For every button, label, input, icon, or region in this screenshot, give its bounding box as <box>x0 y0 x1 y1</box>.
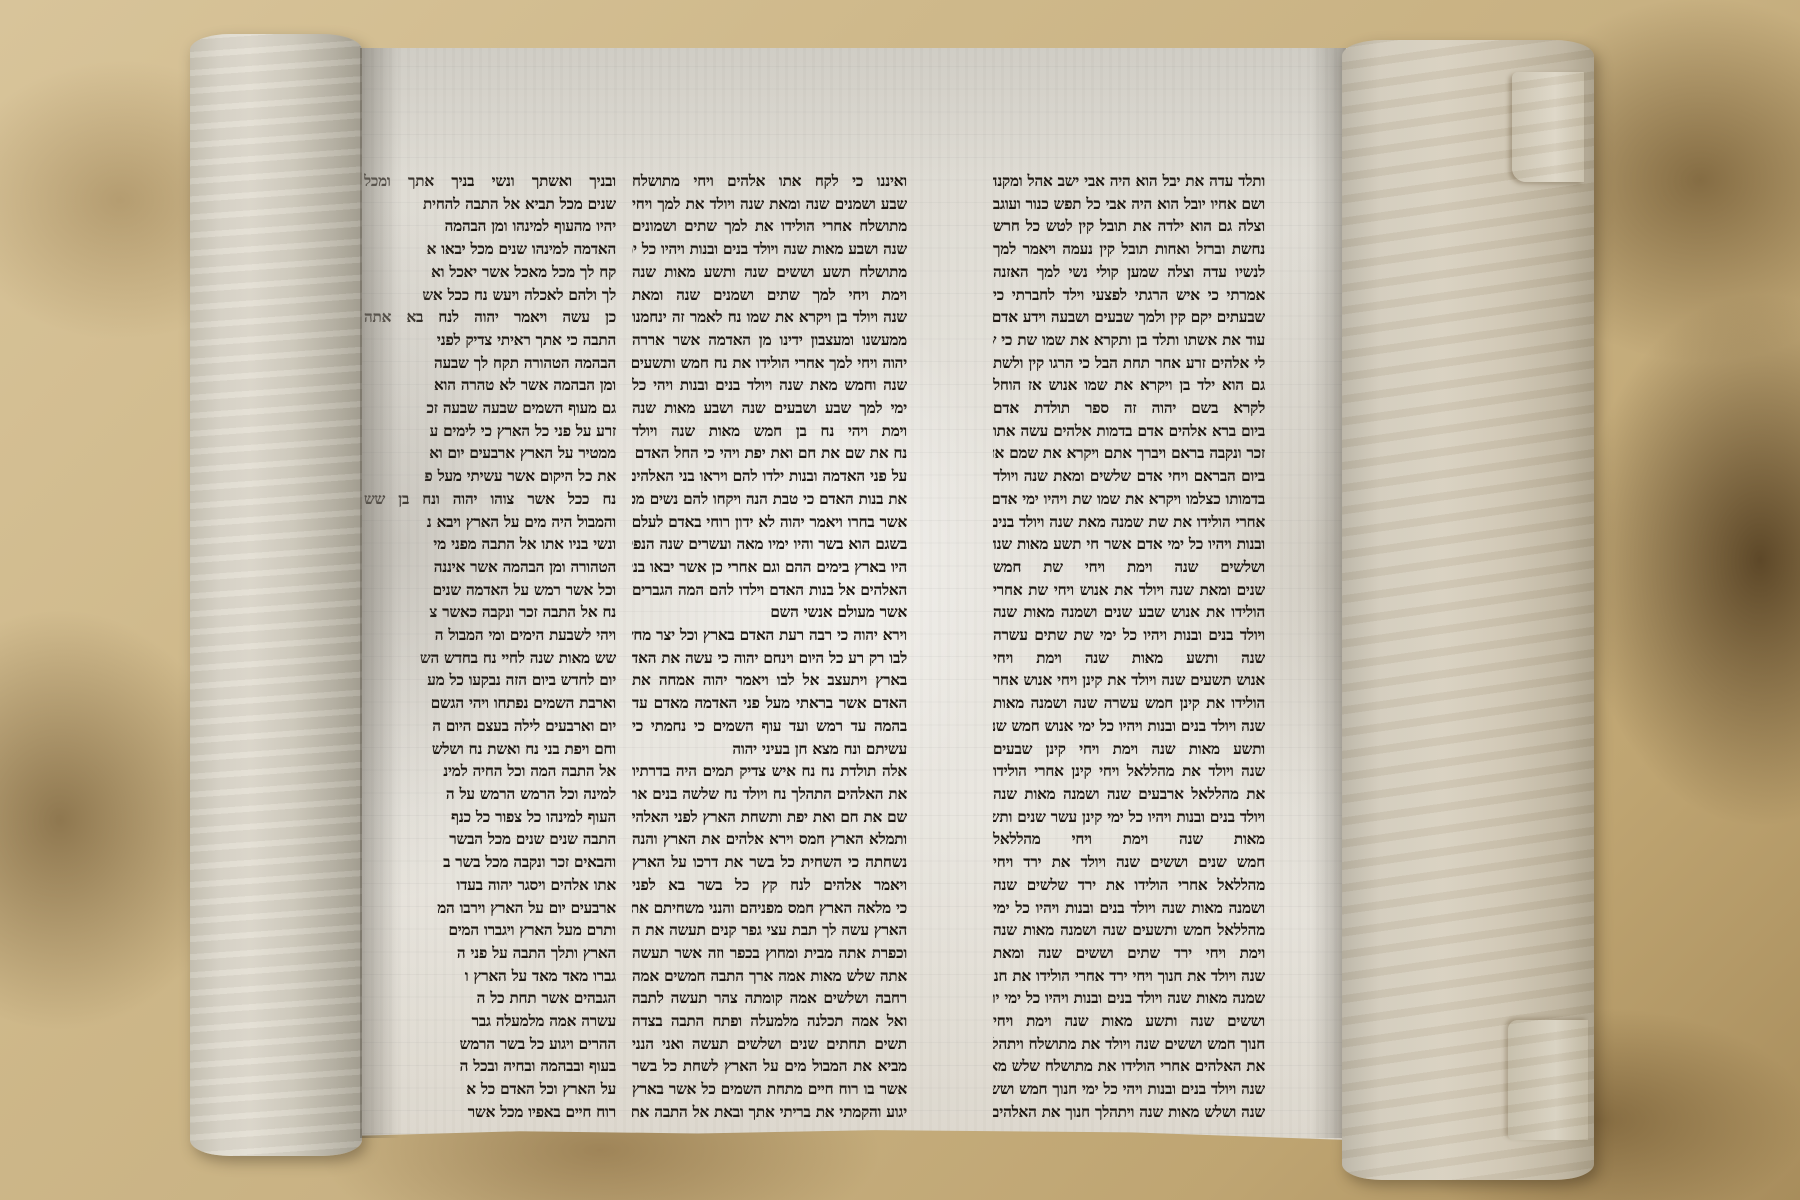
scroll-text-line: נשחתה כי השחית כל בשר את דרכו על הארץ <box>632 851 907 874</box>
scroll-text-line: לך ולהם לאכלה ויעש נח ככל אש <box>364 284 616 307</box>
scroll-text-line: התבה כי אתך ראיתי צדיק לפני <box>364 329 616 352</box>
scroll-text-line: את האלהים אחרי הולידו את מתושלח שלש מאות <box>993 1055 1265 1078</box>
scroll-text-line: גם הוא ילד בן ויקרא את שמו אנוש אז הוחל <box>993 374 1265 397</box>
scroll-text-line: שנים מכל תביא אל התבה להחית <box>364 193 616 216</box>
scroll-text-line: שנה ותשע מאות שנה וימת ויחי <box>993 647 1265 670</box>
scroll-text-line: על פני האדמה ובנות ילדו להם ויראו בני הא… <box>632 465 907 488</box>
scroll-text-line: היו בארץ בימים ההם וגם אחרי כן אשר יבאו … <box>632 556 907 579</box>
scroll-text-line: שש מאות שנה לחיי נח בחדש הש <box>364 647 616 670</box>
scroll-text-line: נח את שם את חם ואת יפת ויהי כי החל האדם … <box>632 442 907 465</box>
scroll-text-line: התבה שנים שנים מכל הבשר <box>364 828 616 851</box>
scroll-text-line: על הארץ וכל האדם כל א <box>364 1078 616 1101</box>
torn-parchment-flap-bottom <box>1508 1020 1588 1140</box>
scroll-text-line: והמבול היה מים על הארץ ויבא נ <box>364 511 616 534</box>
scroll-text-line: הטהורה ומן הבהמה אשר איננה <box>364 556 616 579</box>
scroll-text-line: הארץ ותלך התבה על פני ה <box>364 942 616 965</box>
scroll-text-line: אלה תולדת נח נח איש צדיק תמים היה בדרתיו <box>632 760 907 783</box>
scroll-text-line: ושלשים שנה וימת ויחי שת חמש <box>993 556 1265 579</box>
scroll-text-line: אמרתי כי איש הרגתי לפצעי וילד לחברתי כי <box>993 284 1265 307</box>
scroll-text-line: מהללאל חמש ותשעים שנה ושמנה מאות שנה <box>993 919 1265 942</box>
scroll-text-line: שנה ויולד בנים ובנות ויהיו כל ימי אנוש ח… <box>993 715 1265 738</box>
scroll-text-line: הגבהים אשר תחת כל ה <box>364 987 616 1010</box>
scroll-text-line: וארבת השמים נפתחו ויהי הגשם <box>364 692 616 715</box>
scroll-text-line: זרע על פני כל הארץ כי לימים ע <box>364 420 616 443</box>
scroll-text-line: ויולד בנים ובנות ויהיו כל ימי שת שתים עש… <box>993 624 1265 647</box>
scroll-text-line: אתה שלש מאות אמה ארך התבה חמשים אמה <box>632 965 907 988</box>
scroll-text-line: האדמה למינהו שנים מכל יבאו א <box>364 238 616 261</box>
scroll-text-line: ההרים ויגוע כל בשר הרמש <box>364 1033 616 1056</box>
scroll-text-line: את האלהים התהלך נח ויולד נח שלשה בנים את <box>632 783 907 806</box>
torah-scroll-scene: ותלד עדה את יבל הוא היה אבי ישב אהל ומקנ… <box>0 0 1800 1200</box>
scroll-text-line: לי אלהים זרע אחר תחת הבל כי הרגו קין ולש… <box>993 352 1265 375</box>
scroll-text-line: וימת ויהי נח בן חמש מאות שנה ויולד <box>632 420 907 443</box>
right-scroll-roller <box>1342 40 1594 1180</box>
scroll-text-line: גברו מאד מאד על הארץ ו <box>364 965 616 988</box>
text-column-left: ובניך ואשתך ונשי בניך אתך ומכלשנים מכל ת… <box>364 170 616 1124</box>
scroll-text-line: רחבה ושלשים אמה קומתה צהר תעשה לתבה <box>632 987 907 1010</box>
scroll-text-line: ותרם מעל הארץ ויגברו המים <box>364 919 616 942</box>
scroll-text-line: אנוש תשעים שנה ויולד את קינן ויחי אנוש א… <box>993 669 1265 692</box>
scroll-text-line: חנוך חמש וששים שנה ויולד את מתושלח ויתהל… <box>993 1033 1265 1056</box>
scroll-text-line: יום וארבעים לילה בעצם היום ה <box>364 715 616 738</box>
scroll-text-line: ממעשנו ומעצבון ידינו מן האדמה אשר אררה <box>632 329 907 352</box>
scroll-text-line: ותשע מאות שנה וימת ויחי קינן שבעים <box>993 738 1265 761</box>
scroll-text-line: הבהמה הטהורה תקח לך שבעה <box>364 352 616 375</box>
scroll-text-line: ואל אמה תכלנה מלמעלה ופתח התבה בצדה <box>632 1010 907 1033</box>
scroll-text-line: אתו אלהים ויסגר יהוה בעדו <box>364 874 616 897</box>
scroll-text-line: והבאים זכר ונקבה מכל בשר ב <box>364 851 616 874</box>
torn-parchment-flap <box>1512 72 1584 182</box>
scroll-text-line: וששים שנה ותשע מאות שנה וימת ויחי <box>993 1010 1265 1033</box>
scroll-text-line: אשר בו רוח חיים מתחת השמים כל אשר בארץ <box>632 1078 907 1101</box>
scroll-text-line: מביא את המבול מים על הארץ לשחת כל בשר <box>632 1055 907 1078</box>
scroll-text-line: העוף למינהו כל צפור כל כנף <box>364 806 616 829</box>
scroll-text-line: וחם ויפת בני נח ואשת נח ושלש <box>364 738 616 761</box>
text-column-middle: ואיננו כי לקח אתו אלהים ויחי מתושלחשבע ו… <box>632 170 907 1124</box>
scroll-text-line: אשר מעולם אנשי השם <box>632 601 907 624</box>
scroll-text-line: בדמותו כצלמו ויקרא את שמו שת ויהיו ימי א… <box>993 488 1265 511</box>
scroll-text-line: בהמה עד רמש ועד עוף השמים כי נחמתי כי <box>632 715 907 738</box>
scroll-text-line: האלהים אל בנות האדם וילדו להם המה הגברים <box>632 579 907 602</box>
scroll-text-line: וכפרת אתה מבית ומחוץ בכפר וזה אשר תעשה <box>632 942 907 965</box>
scroll-text-line: ויהי לשבעת הימים ומי המבול ה <box>364 624 616 647</box>
scroll-text-line: שמנה מאות שנה ויולד בנים ובנות ויהיו כל … <box>993 987 1265 1010</box>
scroll-text-line: רוח חיים באפיו מכל אשר <box>364 1101 616 1124</box>
scroll-text-line: ונשי בניו אתו אל התבה מפני מי <box>364 533 616 556</box>
scroll-text-line: את כל היקום אשר עשיתי מעל פ <box>364 465 616 488</box>
scroll-text-line: עשיתם ונח מצא חן בעיני יהוה <box>632 738 907 761</box>
scroll-text-line: ותמלא הארץ חמס וירא אלהים את הארץ והנה <box>632 828 907 851</box>
scroll-text-line: גם מעוף השמים שבעה שבעה זכ <box>364 397 616 420</box>
scroll-text-line: ושם אחיו יובל הוא היה אבי כל תפש כנור וע… <box>993 193 1265 216</box>
scroll-text-line: מאות שנה וימת ויחי מהללאל <box>993 828 1265 851</box>
scroll-text-line: שנים ומאת שנה ויולד את אנוש ויחי שת אחרי <box>993 579 1265 602</box>
scroll-text-line: ממטיר על הארץ ארבעים יום וא <box>364 442 616 465</box>
scroll-text-line: ביום הבראם ויחי אדם שלשים ומאת שנה ויולד <box>993 465 1265 488</box>
scroll-text-line: עשרה אמה מלמעלה גבר <box>364 1010 616 1033</box>
scroll-text-line: בארץ ויתעצב אל לבו ויאמר יהוה אמחה את <box>632 669 907 692</box>
scroll-text-line: נחשת וברזל ואחות תובל קין נעמה ויאמר למך <box>993 238 1265 261</box>
scroll-text-line: הולידו את אנוש שבע שנים ושמנה מאות שנה <box>993 601 1265 624</box>
scroll-text-line: נח ככל אשר צוהו יהוה ונח בן שש <box>364 488 616 511</box>
scroll-text-line: כן עשה ויאמר יהוה לנח בא אתה <box>364 306 616 329</box>
scroll-text-line: שבע ושמנים שנה ומאת שנה ויולד את למך ויח… <box>632 193 907 216</box>
scroll-text-line: זכר ונקבה בראם ויברך אתם ויקרא את שמם אד… <box>993 442 1265 465</box>
scroll-text-line: שנה וחמש מאת שנה ויולד בנים ובנות ויהי כ… <box>632 374 907 397</box>
scroll-text-line: חמש שנים וששים שנה ויולד את ירד ויחי <box>993 851 1265 874</box>
scroll-text-line: מהללאל אחרי הולידו את ירד שלשים שנה <box>993 874 1265 897</box>
scroll-text-line: יהוה ויחי למך אחרי הולידו את נח חמש ותשע… <box>632 352 907 375</box>
scroll-text-line: וימת ויחי ירד שתים וששים שנה ומאת <box>993 942 1265 965</box>
scroll-text-line: את בנות האדם כי טבת הנה ויקחו להם נשים מ… <box>632 488 907 511</box>
scroll-text-line: בשגם הוא בשר והיו ימיו מאה ועשרים שנה הנ… <box>632 533 907 556</box>
scroll-text-line: את מהללאל ארבעים שנה ושמנה מאות שנה <box>993 783 1265 806</box>
scroll-text-line: שנה ושלש מאות שנה ויתהלך חנוך את האלהים <box>993 1101 1265 1124</box>
scroll-text-line: אל התבה המה וכל החיה למינ <box>364 760 616 783</box>
scroll-text-line: האדם אשר בראתי מעל פני האדמה מאדם עד <box>632 692 907 715</box>
text-column-right: ותלד עדה את יבל הוא היה אבי ישב אהל ומקנ… <box>993 170 1265 1124</box>
scroll-text-line: שנה ויולד את חנוך ויחי ירד אחרי הולידו א… <box>993 965 1265 988</box>
scroll-text-line: ומן הבהמה אשר לא טהרה הוא <box>364 374 616 397</box>
scroll-text-line: לקרא בשם יהוה זה ספר תולדת אדם <box>993 397 1265 420</box>
scroll-text-line: שנה ויולד את מהללאל ויחי קינן אחרי הוליד… <box>993 760 1265 783</box>
scroll-text-line: בעוף ובבהמה ובחיה ובכל ה <box>364 1055 616 1078</box>
scroll-text-line: יגוע והקמתי את בריתי אתך ובאת אל התבה את… <box>632 1101 907 1124</box>
scroll-text-line: ויאמר אלהים לנח קץ כל בשר בא לפני <box>632 874 907 897</box>
scroll-text-line: ימי למך שבע ושבעים שנה ושבע מאות שנה <box>632 397 907 420</box>
scroll-text-line: הולידו את קינן חמש עשרה שנה ושמנה מאות <box>993 692 1265 715</box>
scroll-text-line: שנה ושבע מאות שנה ויולד בנים ובנות ויהיו… <box>632 238 907 261</box>
scroll-text-line: ויולד בנים ובנות ויהיו כל ימי קינן עשר ש… <box>993 806 1265 829</box>
scroll-text-line: ארבעים יום על הארץ וירבו המ <box>364 897 616 920</box>
scroll-text-line: ובנות ויהיו כל ימי אדם אשר חי תשע מאות ש… <box>993 533 1265 556</box>
scroll-text-line: יהיו מהעוף למינהו ומן הבהמה <box>364 215 616 238</box>
scroll-text-line: ואיננו כי לקח אתו אלהים ויחי מתושלח <box>632 170 907 193</box>
scroll-text-line: שבעתים יקם קין ולמך שבעים ושבעה וידע אדם <box>993 306 1265 329</box>
scroll-text-line: קח לך מכל מאכל אשר יאכל וא <box>364 261 616 284</box>
scroll-text-line: מתושלח אחרי הולידו את למך שתים ושמונים <box>632 215 907 238</box>
right-roller-shadow <box>1310 48 1346 1138</box>
scroll-text-line: שם את חם ואת יפת ותשחת הארץ לפני האלהים <box>632 806 907 829</box>
scroll-text-line: לנשיו עדה וצלה שמען קולי נשי למך האזנה <box>993 261 1265 284</box>
scroll-text-line: אשר בחרו ויאמר יהוה לא ידון רוחי באדם לע… <box>632 511 907 534</box>
scroll-text-line: תשים תחתים שנים ושלשים תעשה ואני הנני <box>632 1033 907 1056</box>
scroll-text-line: וירא יהוה כי רבה רעת האדם בארץ וכל יצר מ… <box>632 624 907 647</box>
scroll-text-line: אחרי הולידו את שת שמנה מאת שנה ויולד בני… <box>993 511 1265 534</box>
scroll-text-line: מתושלח תשע וששים שנה ותשע מאות שנה <box>632 261 907 284</box>
scroll-text-line: ושמנה מאות שנה ויולד בנים ובנות ויהיו כל… <box>993 897 1265 920</box>
scroll-text-line: הארץ עשה לך תבת עצי גפר קנים תעשה את התב… <box>632 919 907 942</box>
scroll-text-line: כי מלאה הארץ חמס מפניהם והנני משחיתם את <box>632 897 907 920</box>
scroll-text-line: שנה ויולד בן ויקרא את שמו נח לאמר זה ינח… <box>632 306 907 329</box>
scroll-text-line: ביום ברא אלהים אדם בדמות אלהים עשה אתו <box>993 420 1265 443</box>
scroll-text-line: נח אל התבה זכר ונקבה כאשר צ <box>364 601 616 624</box>
scroll-text-line: וצלה גם הוא ילדה את תובל קין לטש כל חרש <box>993 215 1265 238</box>
scroll-text-line: למינה וכל הרמש הרמש על ה <box>364 783 616 806</box>
scroll-text-line: שנה ויולד בנים ובנות ויהי כל ימי חנוך חמ… <box>993 1078 1265 1101</box>
scroll-text-line: יום לחדש ביום הזה נבקעו כל מע <box>364 669 616 692</box>
scroll-text-line: וכל אשר רמש על האדמה שנים <box>364 579 616 602</box>
scroll-text-line: ובניך ואשתך ונשי בניך אתך ומכל <box>364 170 616 193</box>
scroll-text-line: וימת ויחי למך שתים ושמנים שנה ומאת <box>632 284 907 307</box>
left-scroll-roller <box>190 34 362 1156</box>
scroll-text-line: עוד את אשתו ותלד בן ותקרא את שמו שת כי ש… <box>993 329 1265 352</box>
scroll-text-line: לבו רק רע כל היום וינחם יהוה כי עשה את ה… <box>632 647 907 670</box>
scroll-text-line: ותלד עדה את יבל הוא היה אבי ישב אהל ומקנ… <box>993 170 1265 193</box>
